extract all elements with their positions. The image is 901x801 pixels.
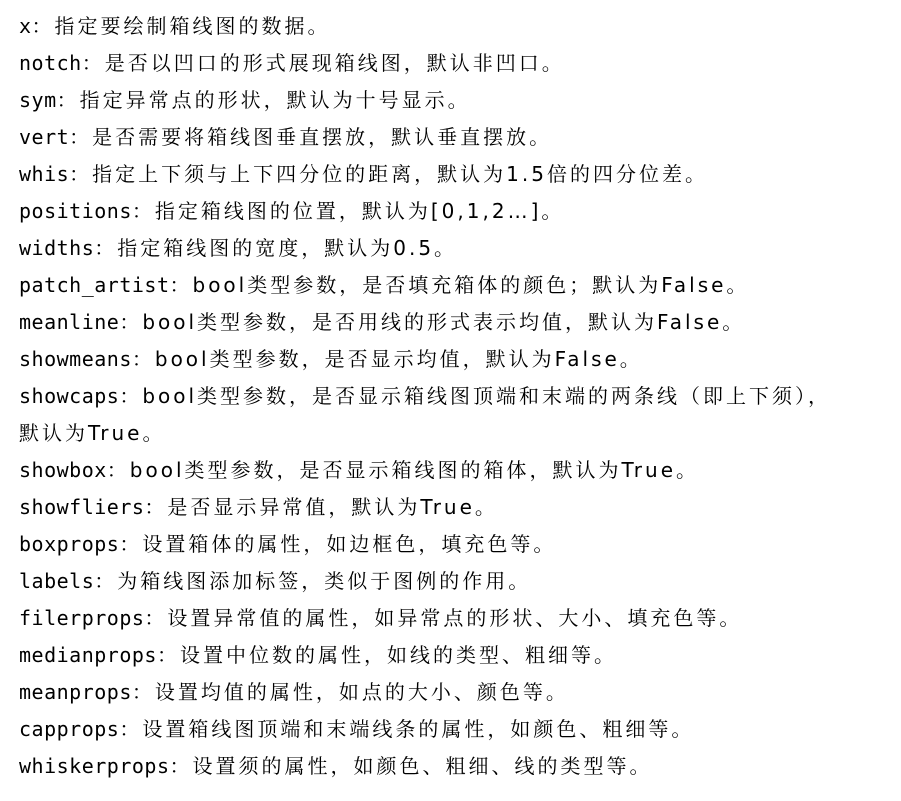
separator: ： [119, 384, 142, 408]
separator: ： [132, 199, 155, 223]
param-desc: 为箱线图添加标签，类似于图例的作用。 [117, 569, 531, 593]
param-desc: bool类型参数，是否显示箱线图顶端和末端的两条线（即上下须）， [142, 384, 831, 408]
param-name: boxprops [19, 532, 119, 556]
param-line-showcaps: showcaps：bool类型参数，是否显示箱线图顶端和末端的两条线（即上下须）… [19, 378, 889, 415]
param-name: vert [19, 125, 69, 149]
separator: ： [132, 347, 155, 371]
param-desc: 设置箱体的属性，如边框色，填充色等。 [142, 532, 556, 556]
param-desc: 设置中位数的属性，如线的类型、粗细等。 [180, 643, 617, 667]
param-desc: 设置均值的属性，如点的大小、颜色等。 [155, 680, 569, 704]
param-name: showcaps [19, 384, 119, 408]
param-name: filerprops [19, 606, 144, 630]
parameter-list: x：指定要绘制箱线图的数据。 notch：是否以凹口的形式展现箱线图，默认非凹口… [19, 8, 889, 785]
separator: ： [144, 606, 167, 630]
param-line-showfliers: showfliers：是否显示异常值，默认为True。 [19, 489, 889, 526]
param-name: positions [19, 199, 132, 223]
param-line-notch: notch：是否以凹口的形式展现箱线图，默认非凹口。 [19, 45, 889, 82]
param-name: whis [19, 162, 69, 186]
separator: ： [32, 14, 55, 38]
separator: ： [170, 754, 193, 778]
param-line-whiskerprops: whiskerprops：设置须的属性，如颜色、粗细、线的类型等。 [19, 748, 889, 785]
param-line-vert: vert：是否需要将箱线图垂直摆放，默认垂直摆放。 [19, 119, 889, 156]
param-desc-continuation: 默认为True。 [19, 421, 165, 445]
separator: ： [157, 643, 180, 667]
param-line-positions: positions：指定箱线图的位置，默认为[0,1,2…]。 [19, 193, 889, 230]
param-desc: 指定箱线图的宽度，默认为0.5。 [117, 236, 457, 260]
param-name: meanprops [19, 680, 132, 704]
param-line-whis: whis：指定上下须与上下四分位的距离，默认为1.5倍的四分位差。 [19, 156, 889, 193]
param-name: sym [19, 88, 57, 112]
param-line-patch-artist: patch_artist：bool类型参数，是否填充箱体的颜色；默认为False… [19, 267, 889, 304]
param-desc: 指定异常点的形状，默认为十号显示。 [80, 88, 471, 112]
param-name: showbox [19, 458, 107, 482]
param-desc: 指定上下须与上下四分位的距离，默认为1.5倍的四分位差。 [92, 162, 708, 186]
param-line-capprops: capprops：设置箱线图顶端和末端线条的属性，如颜色、粗细等。 [19, 711, 889, 748]
param-desc: bool类型参数，是否用线的形式表示均值，默认为False。 [142, 310, 745, 334]
param-desc: bool类型参数，是否显示均值，默认为False。 [155, 347, 643, 371]
param-name: whiskerprops [19, 754, 170, 778]
param-line-meanline: meanline：bool类型参数，是否用线的形式表示均值，默认为False。 [19, 304, 889, 341]
param-line-boxprops: boxprops：设置箱体的属性，如边框色，填充色等。 [19, 526, 889, 563]
param-name: x [19, 14, 32, 38]
separator: ： [69, 125, 92, 149]
param-line-medianprops: medianprops：设置中位数的属性，如线的类型、粗细等。 [19, 637, 889, 674]
param-desc: 是否需要将箱线图垂直摆放，默认垂直摆放。 [92, 125, 552, 149]
param-name: meanline [19, 310, 119, 334]
param-line-x: x：指定要绘制箱线图的数据。 [19, 8, 889, 45]
param-desc: 是否显示异常值，默认为True。 [167, 495, 497, 519]
param-desc: 指定箱线图的位置，默认为[0,1,2…]。 [155, 199, 565, 223]
param-desc: 是否以凹口的形式展现箱线图，默认非凹口。 [105, 51, 565, 75]
param-name: medianprops [19, 643, 157, 667]
param-desc: 设置箱线图顶端和末端线条的属性，如颜色、粗细等。 [142, 717, 694, 741]
param-name: notch [19, 51, 82, 75]
param-name: showfliers [19, 495, 144, 519]
separator: ： [69, 162, 92, 186]
separator: ： [107, 458, 130, 482]
separator: ： [119, 310, 142, 334]
param-desc: 设置异常值的属性，如异常点的形状、大小、填充色等。 [167, 606, 742, 630]
param-name: capprops [19, 717, 119, 741]
param-desc: bool类型参数，是否填充箱体的颜色；默认为False。 [193, 273, 750, 297]
param-name: patch_artist [19, 273, 170, 297]
separator: ： [170, 273, 193, 297]
param-name: labels [19, 569, 94, 593]
param-line-labels: labels：为箱线图添加标签，类似于图例的作用。 [19, 563, 889, 600]
param-name: showmeans [19, 347, 132, 371]
separator: ： [132, 680, 155, 704]
param-desc: 指定要绘制箱线图的数据。 [55, 14, 331, 38]
param-line-filerprops: filerprops：设置异常值的属性，如异常点的形状、大小、填充色等。 [19, 600, 889, 637]
separator: ： [119, 717, 142, 741]
param-desc: bool类型参数，是否显示箱线图的箱体，默认为True。 [130, 458, 699, 482]
param-line-meanprops: meanprops：设置均值的属性，如点的大小、颜色等。 [19, 674, 889, 711]
separator: ： [82, 51, 105, 75]
param-line-showmeans: showmeans：bool类型参数，是否显示均值，默认为False。 [19, 341, 889, 378]
param-line-showcaps-continuation: 默认为True。 [19, 415, 889, 452]
separator: ： [94, 569, 117, 593]
param-name: widths [19, 236, 94, 260]
separator: ： [144, 495, 167, 519]
separator: ： [119, 532, 142, 556]
separator: ： [57, 88, 80, 112]
param-desc: 设置须的属性，如颜色、粗细、线的类型等。 [193, 754, 653, 778]
separator: ： [94, 236, 117, 260]
param-line-widths: widths：指定箱线图的宽度，默认为0.5。 [19, 230, 889, 267]
param-line-showbox: showbox：bool类型参数，是否显示箱线图的箱体，默认为True。 [19, 452, 889, 489]
param-line-sym: sym：指定异常点的形状，默认为十号显示。 [19, 82, 889, 119]
